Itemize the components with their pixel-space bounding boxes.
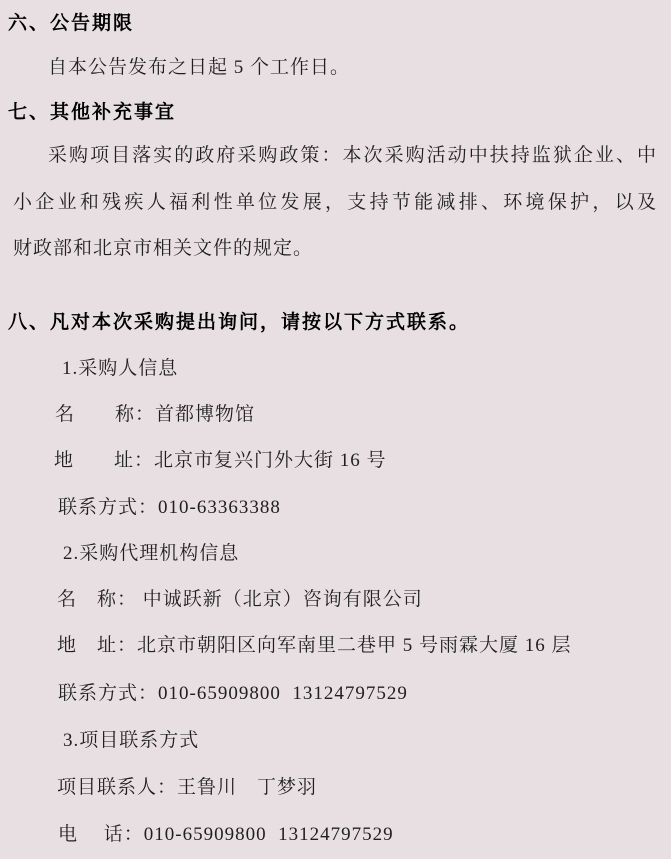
section-7-paragraph-line-1: 采购项目落实的政府采购政策：本次采购活动中扶持监狱企业、中 [13,145,657,167]
section-7-heading: 七、其他补充事宜 [8,102,176,124]
project-contact-person: 项目联系人：王鲁川 丁梦羽 [57,777,317,799]
purchaser-name: 名 称：首都博物馆 [55,404,255,426]
section-7-paragraph-line-3: 财政部和北京市相关文件的规定。 [13,238,657,260]
project-contact-title: 3.项目联系方式 [63,730,199,752]
agency-contact: 联系方式：010-65909800 13124797529 [58,683,408,705]
section-8-heading: 八、凡对本次采购提出询问，请按以下方式联系。 [8,312,470,334]
agency-address: 地 址：北京市朝阳区向军南里二巷甲 5 号雨霖大厦 16 层 [57,635,572,657]
purchaser-info-title: 1.采购人信息 [62,358,178,380]
purchaser-contact: 联系方式：010-63363388 [58,497,281,519]
section-6-heading: 六、公告期限 [8,13,134,35]
section-7-paragraph-line-2: 小企业和残疾人福利性单位发展，支持节能减排、环境保护，以及 [13,192,657,214]
agency-name: 名 称： 中诚跃新（北京）咨询有限公司 [57,589,423,611]
agency-info-title: 2.采购代理机构信息 [63,543,239,565]
purchaser-address: 地 址：北京市复兴门外大街 16 号 [54,450,387,472]
project-phone: 电 话：010-65909800 13124797529 [58,824,394,846]
announcement-document-page: 六、公告期限 自本公告发布之日起 5 个工作日。 七、其他补充事宜 采购项目落实… [0,0,671,859]
section-6-body: 自本公告发布之日起 5 个工作日。 [48,57,350,79]
